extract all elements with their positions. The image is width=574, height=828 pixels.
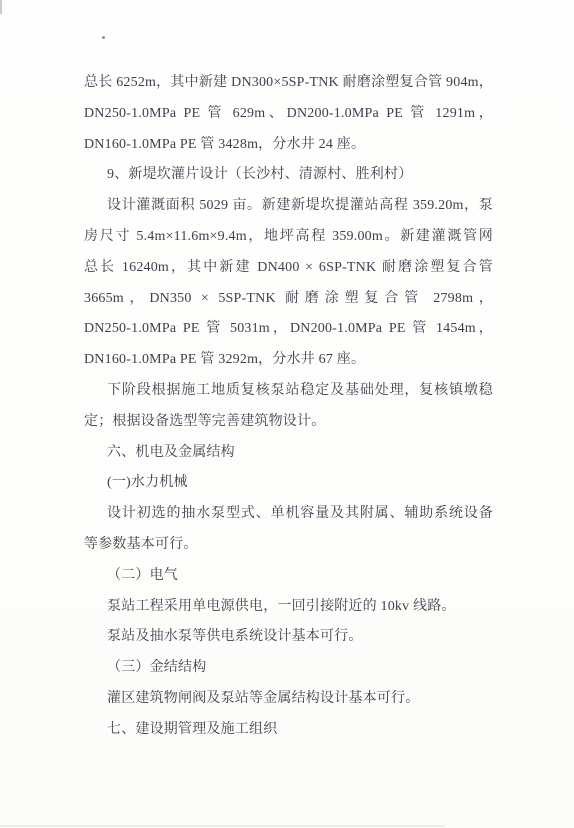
text-line: 设计初选的抽水泵型式、单机容量及其附属、辅助系统设备 bbox=[84, 499, 493, 530]
document-body: 总长 6252m，其中新建 DN300×5SP-TNK 耐磨涂塑复合管 904m… bbox=[84, 68, 493, 746]
scan-dot-artifact bbox=[102, 36, 105, 39]
text-line: 设计灌溉面积 5029 亩。新建新堤坎提灌站高程 359.20m，泵 bbox=[84, 191, 493, 222]
text-line: DN160-1.0MPa PE 管 3292m，分水井 67 座。 bbox=[84, 345, 493, 376]
text-line: 泵站及抽水泵等供电系统设计基本可行。 bbox=[84, 622, 493, 653]
text-line: 9、新堤坎灌片设计（长沙村、清源村、胜利村） bbox=[84, 160, 493, 191]
text-line: 下阶段根据施工地质复核泵站稳定及基础处理，复核镇墩稳 bbox=[84, 376, 493, 407]
scan-bottom-streak-artifact bbox=[0, 825, 445, 827]
text-line: (一)水力机械 bbox=[84, 468, 493, 499]
text-line: 总长 6252m，其中新建 DN300×5SP-TNK 耐磨涂塑复合管 904m… bbox=[84, 68, 493, 99]
scan-edge-artifact bbox=[0, 0, 2, 14]
text-line: （三）金结结构 bbox=[84, 653, 493, 684]
text-line: DN250-1.0MPa PE 管 5031m，DN200-1.0MPa PE … bbox=[84, 314, 493, 345]
text-line: 房尺寸 5.4m×11.6m×9.4m，地坪高程 359.00m。新建灌溉管网 bbox=[84, 222, 493, 253]
text-line: 泵站工程采用单电源供电，一回引接附近的 10kv 线路。 bbox=[84, 592, 493, 623]
text-line: DN250-1.0MPa PE 管 629m、DN200-1.0MPa PE 管… bbox=[84, 99, 493, 130]
text-line: 七、建设期管理及施工组织 bbox=[84, 715, 493, 746]
text-line: （二）电气 bbox=[84, 561, 493, 592]
text-line: 定；根据设备选型等完善建筑物设计。 bbox=[84, 407, 493, 438]
text-line: 六、机电及金属结构 bbox=[84, 438, 493, 469]
text-line: 3665m，DN350 × 5SP-TNK 耐磨涂塑复合管 2798m， bbox=[84, 284, 493, 315]
text-line: 灌区建筑物闸阀及泵站等金属结构设计基本可行。 bbox=[84, 684, 493, 715]
text-line: 总长 16240m，其中新建 DN400 × 6SP-TNK 耐磨涂塑复合管 bbox=[84, 253, 493, 284]
text-line: 等参数基本可行。 bbox=[84, 530, 493, 561]
text-line: DN160-1.0MPa PE 管 3428m，分水井 24 座。 bbox=[84, 130, 493, 161]
document-page: 总长 6252m，其中新建 DN300×5SP-TNK 耐磨涂塑复合管 904m… bbox=[0, 0, 574, 828]
